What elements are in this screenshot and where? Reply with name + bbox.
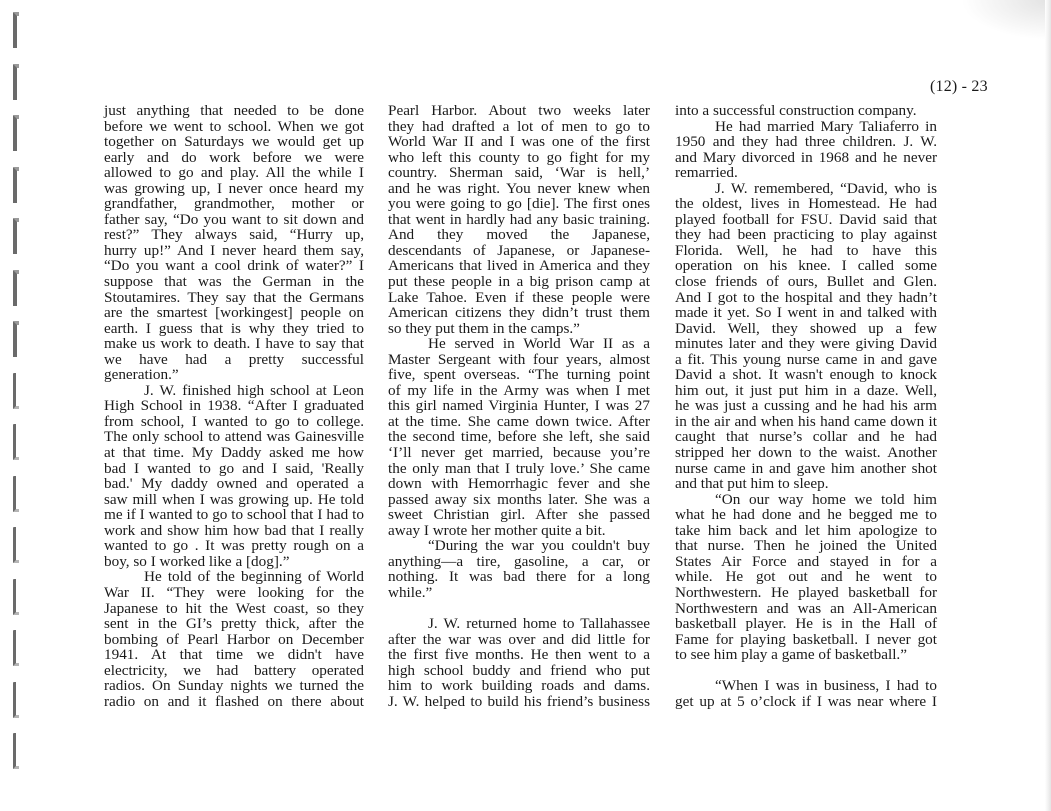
text-line: J. W. remembered, “David, who is — [675, 181, 937, 197]
binding-mark-icon — [13, 424, 19, 460]
binding-mark-icon — [13, 373, 19, 409]
text-line: 1950 and they had three children. J. W. — [675, 134, 937, 150]
text-line: so they put them in the camps.” — [388, 321, 650, 337]
text-line: “On our way home we told him — [675, 492, 937, 508]
text-line: boy, so I worked like a [dog].” — [104, 554, 364, 570]
text-line: bombing of Pearl Harbor on December — [104, 632, 364, 648]
text-line: hurry up!” And I never heard them say, — [104, 243, 364, 259]
text-line: Americans that lived in America and they — [388, 258, 650, 274]
text-line: we have had a pretty successful — [104, 352, 364, 368]
text-line: country. Sherman said, ‘War is hell,’ — [388, 165, 650, 181]
text-line: a fit. This young nurse came in and gave — [675, 352, 937, 368]
text-line: David a shot. It wasn't enough to knock — [675, 367, 937, 383]
binding-mark-icon — [13, 321, 19, 357]
text-line: that went in hardly had any basic traini… — [388, 212, 650, 228]
text-line: while.” — [388, 585, 650, 601]
text-line: into a successful construction company. — [675, 103, 937, 119]
text-line: away I wrote her mother quite a bit. — [388, 523, 650, 539]
text-line: anything—a tire, gasoline, a car, or — [388, 554, 650, 570]
text-line: and Mary divorced in 1968 and he never — [675, 150, 937, 166]
text-line: suppose that was the German in the — [104, 274, 364, 290]
text-line: after the war was over and did little fo… — [388, 632, 650, 648]
text-line: the second time, before she left, she sa… — [388, 429, 650, 445]
text-line: David. Well, they showed up a few — [675, 321, 937, 337]
text-line: at that time. My Daddy asked me how — [104, 445, 364, 461]
text-line: get up at 5 o’clock if I was near where … — [675, 694, 937, 710]
text-line: “When I was in business, I had to — [675, 678, 937, 694]
binding-mark-icon — [13, 630, 19, 666]
text-line: work and show him how bad that I really — [104, 523, 364, 539]
text-line: minutes later and they were giving David — [675, 336, 937, 352]
text-line: remarried. — [675, 165, 937, 181]
text-line: they had been practicing to play against — [675, 227, 937, 243]
text-line: Pearl Harbor. About two weeks later — [388, 103, 650, 119]
scanned-book-page: (12) - 23 just anything that needed to b… — [0, 0, 1051, 811]
paragraph-spacer — [675, 663, 937, 679]
text-line: the oldest, lives in Homestead. He had — [675, 196, 937, 212]
text-line: passed away six months later. She was a — [388, 492, 650, 508]
text-line: American citizens they didn’t trust them — [388, 305, 650, 321]
text-line: while. He got out and he went to — [675, 569, 937, 585]
text-line: Northwestern. He played basketball for — [675, 585, 937, 601]
text-line: Master Sergeant with four years, almost — [388, 352, 650, 368]
text-line: who left this county to go fight for my — [388, 150, 650, 166]
spiral-binding-marks — [0, 0, 40, 811]
text-line: and that put him to sleep. — [675, 476, 937, 492]
text-line: of my life in the Army was when I met — [388, 383, 650, 399]
text-line: take him back and let him apologize to — [675, 523, 937, 539]
text-line: descendants of Japanese, or Japanese- — [388, 243, 650, 259]
text-line: father say, “Do you want to sit down and — [104, 212, 364, 228]
text-line: Florida. Well, he had to have this — [675, 243, 937, 259]
text-line: earth. I guess that is why they tried to — [104, 321, 364, 337]
text-line: rest?” They always said, “Hurry up, — [104, 227, 364, 243]
text-line: Lake Tahoe. Even if these people were — [388, 290, 650, 306]
text-column-2: Pearl Harbor. About two weeks laterthey … — [388, 103, 650, 709]
text-line: States Air Force and stayed in for a — [675, 554, 937, 570]
text-line: High School in 1938. “After I graduated — [104, 398, 364, 414]
text-line: J. W. finished high school at Leon — [104, 383, 364, 399]
text-line: World War II and I was one of the first — [388, 134, 650, 150]
text-line: together on Saturdays we would get up — [104, 134, 364, 150]
text-line: bad.' My daddy owned and operated a — [104, 476, 364, 492]
page-corner-shadow — [961, 0, 1051, 40]
text-line: caught that nurse’s collar and he had — [675, 429, 937, 445]
text-line: he was just a cussing and he had his arm — [675, 398, 937, 414]
text-column-3: into a successful construction company.H… — [675, 103, 937, 709]
text-line: allowed to go and play. All the while I — [104, 165, 364, 181]
text-line: the first five months. He then went to a — [388, 647, 650, 663]
text-line: basketball player. He is in the Hall of — [675, 616, 937, 632]
text-line: from school, I wanted to go to college. — [104, 414, 364, 430]
text-line: electricity, we had battery operated — [104, 663, 364, 679]
text-line: bad I wanted to go and I said, 'Really — [104, 461, 364, 477]
text-line: high school buddy and friend who put — [388, 663, 650, 679]
paragraph-spacer — [388, 601, 650, 617]
text-line: just anything that needed to be done — [104, 103, 364, 119]
text-line: sent in the GI’s pretty thick, after the — [104, 616, 364, 632]
text-line: radios. On Sunday nights we turned the — [104, 678, 364, 694]
text-line: played football for FSU. David said that — [675, 212, 937, 228]
text-line: close friends of ours, Bullet and Glen. — [675, 274, 937, 290]
text-line: him out, it just put him in a daze. Well… — [675, 383, 937, 399]
text-line: Japanese to hit the West coast, so they — [104, 601, 364, 617]
text-line: make us work to death. I have to say tha… — [104, 336, 364, 352]
text-line: in the air and when his hand came down i… — [675, 414, 937, 430]
text-line: “During the war you couldn't buy — [388, 538, 650, 554]
binding-mark-icon — [13, 682, 19, 718]
text-line: War II. “They were looking for the — [104, 585, 364, 601]
text-column-1: just anything that needed to be donebefo… — [104, 103, 364, 709]
text-line: him to work building roads and dams. — [388, 678, 650, 694]
binding-mark-icon — [13, 579, 19, 615]
text-line: early and do work before we were — [104, 150, 364, 166]
page-edge-shadow — [1045, 0, 1051, 811]
text-line: made it yet. So I went in and talked wit… — [675, 305, 937, 321]
text-line: saw mill when I was growing up. He told — [104, 492, 364, 508]
text-line: stripped her down to the waist. Another — [675, 445, 937, 461]
text-line: generation.” — [104, 367, 364, 383]
text-line: Fame for playing basketball. I never got — [675, 632, 937, 648]
binding-mark-icon — [13, 270, 19, 306]
text-line: they had drafted a lot of men to go to — [388, 119, 650, 135]
text-line: J. W. helped to build his friend’s busin… — [388, 694, 650, 710]
text-line: nothing. It was bad there for a long — [388, 569, 650, 585]
text-line: was growing up, I never once heard my — [104, 181, 364, 197]
text-line: He told of the beginning of World — [104, 569, 364, 585]
text-line: are the smartest [workingest] people on — [104, 305, 364, 321]
text-line: wanted to go . It was pretty rough on a — [104, 538, 364, 554]
text-line: Northwestern and was an All-American — [675, 601, 937, 617]
text-line: ‘I’ll never get married, because you’re — [388, 445, 650, 461]
text-line: Stoutamires. They say that the Germans — [104, 290, 364, 306]
binding-mark-icon — [13, 527, 19, 563]
text-line: five, spent overseas. “The turning point — [388, 367, 650, 383]
text-line: grandfather, grandmother, mother or — [104, 196, 364, 212]
binding-mark-icon — [13, 12, 19, 48]
text-line: And they moved the Japanese, — [388, 227, 650, 243]
text-line: at the time. She came down twice. After — [388, 414, 650, 430]
text-line: The only school to attend was Gainesvill… — [104, 429, 364, 445]
text-line: me if I wanted to go to school that I ha… — [104, 507, 364, 523]
binding-mark-icon — [13, 167, 19, 203]
text-line: And I got to the hospital and they hadn’… — [675, 290, 937, 306]
text-line: He served in World War II as a — [388, 336, 650, 352]
text-line: that nurse. Then he joined the United — [675, 538, 937, 554]
text-line: this girl named Virginia Hunter, I was 2… — [388, 398, 650, 414]
text-line: the only man that I truly love.’ She cam… — [388, 461, 650, 477]
text-line: “Do you want a cool drink of water?” I — [104, 258, 364, 274]
text-line: what he had done and he begged me to — [675, 507, 937, 523]
text-line: nurse came in and gave him another shot — [675, 461, 937, 477]
text-line: J. W. returned home to Tallahassee — [388, 616, 650, 632]
text-line: radio on and it flashed on there about — [104, 694, 364, 710]
text-line: put these people in a big prison camp at — [388, 274, 650, 290]
text-line: to see him play a game of basketball.” — [675, 647, 937, 663]
text-line: you were going to go [die]. The first on… — [388, 196, 650, 212]
text-line: sweet Christian girl. After she passed — [388, 507, 650, 523]
binding-mark-icon — [13, 733, 19, 769]
text-line: 1941. At that time we didn't have — [104, 647, 364, 663]
binding-mark-icon — [13, 218, 19, 254]
text-line: He had married Mary Taliaferro in — [675, 119, 937, 135]
page-number: (12) - 23 — [930, 78, 988, 96]
text-line: operation on his knee. I called some — [675, 258, 937, 274]
text-line: down with Hemorrhagic fever and she — [388, 476, 650, 492]
binding-mark-icon — [13, 115, 19, 151]
text-line: before we went to school. When we got — [104, 119, 364, 135]
binding-mark-icon — [13, 476, 19, 512]
binding-mark-icon — [13, 64, 19, 100]
text-line: and he was right. You never knew when — [388, 181, 650, 197]
